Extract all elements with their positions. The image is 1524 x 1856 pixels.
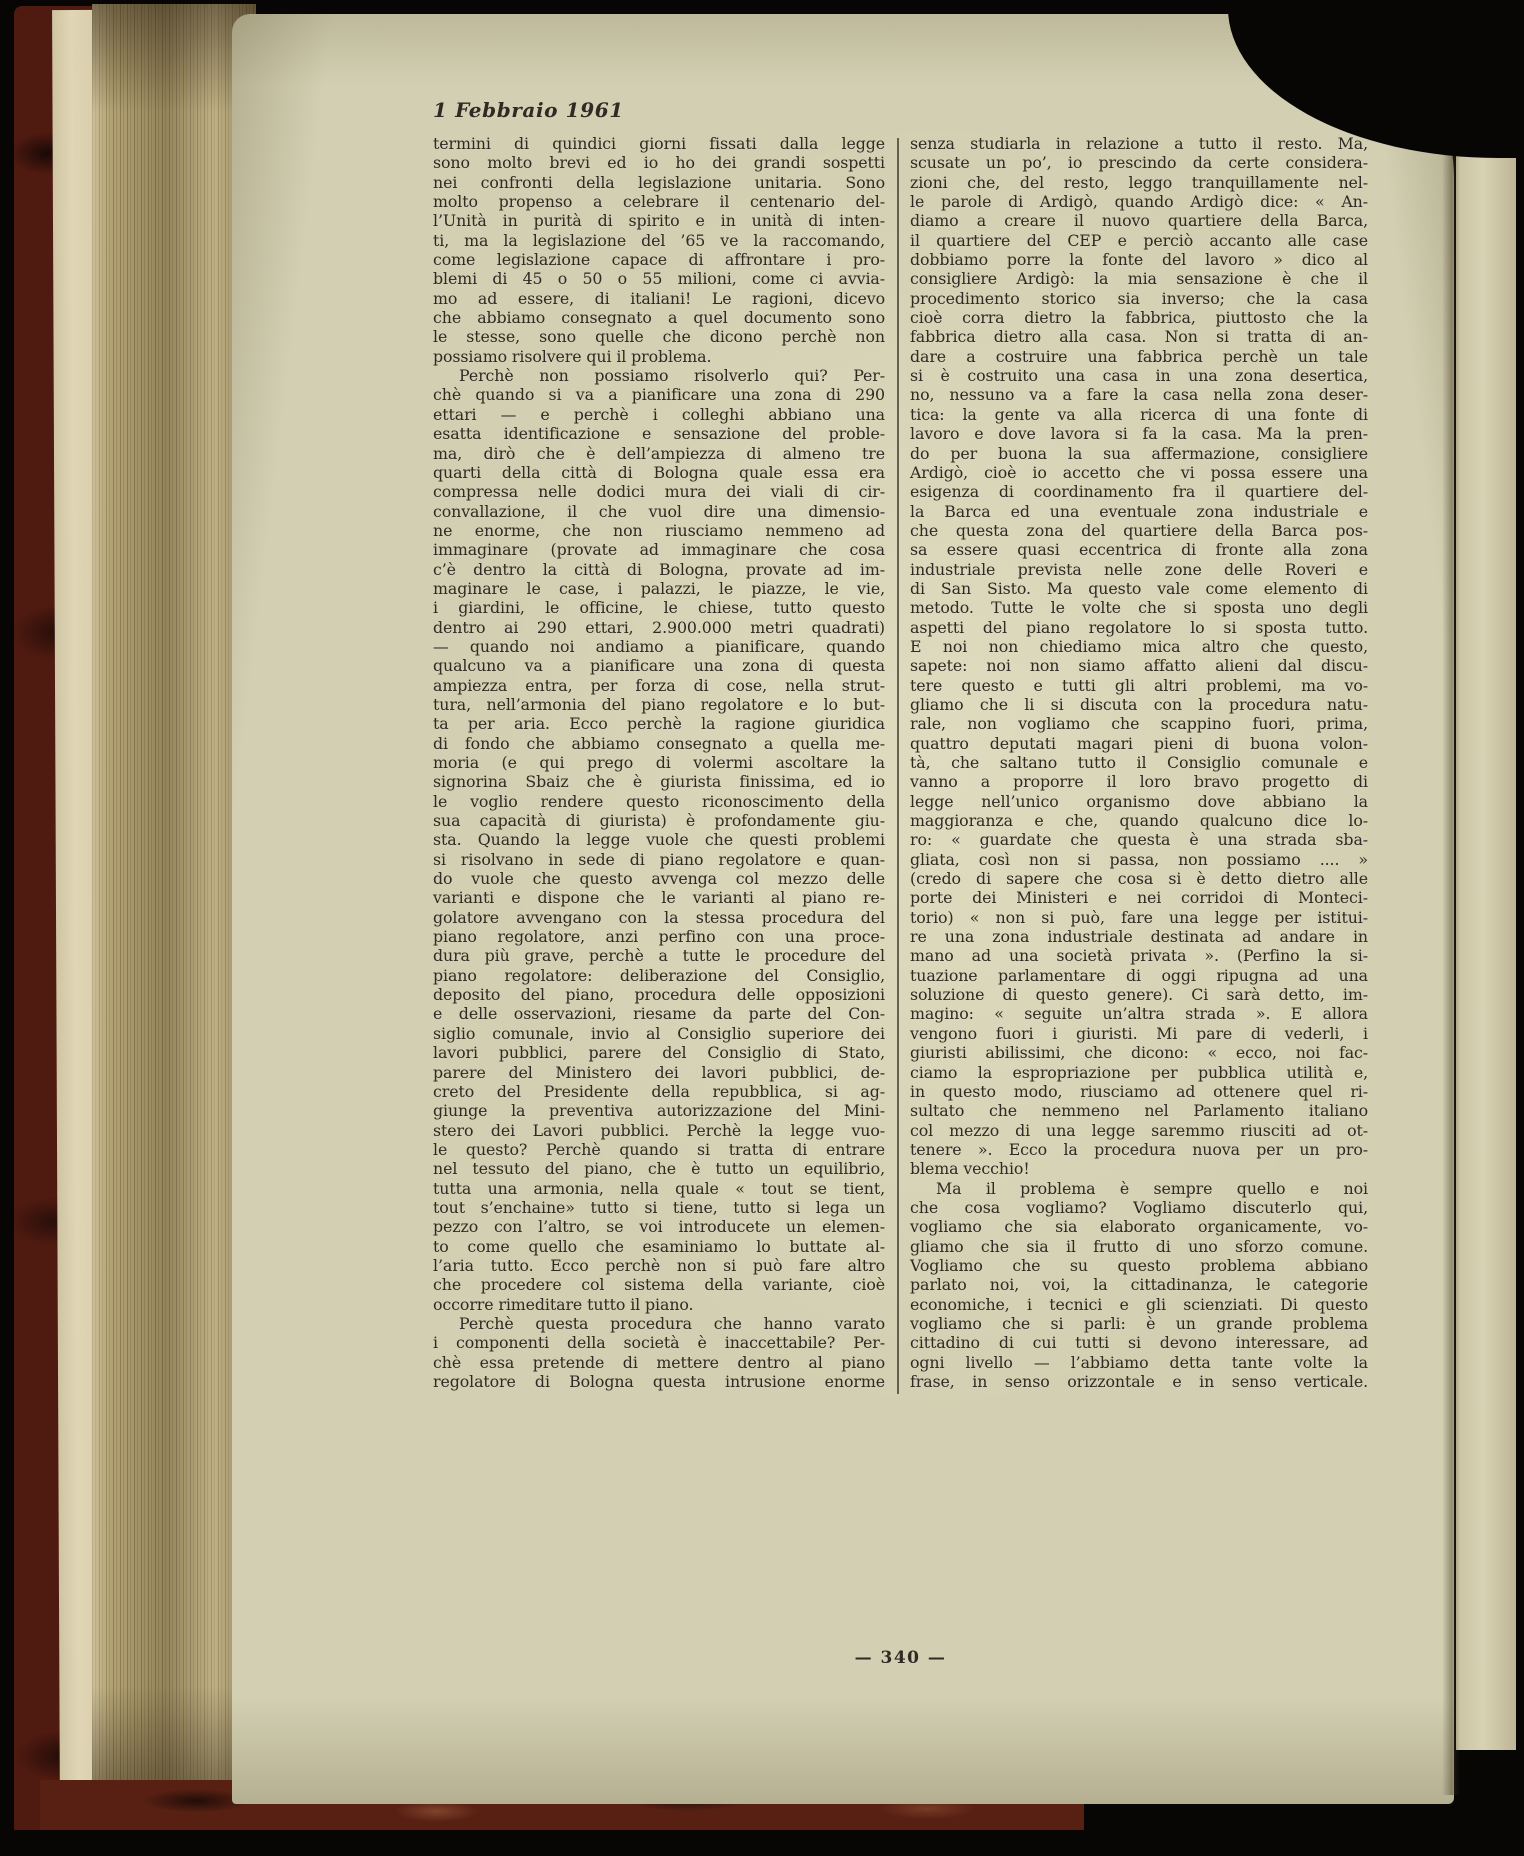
text-line: possiamo risolvere qui il problema. [433, 347, 885, 366]
text-line: le questo? Perchè quando si tratta di en… [433, 1140, 885, 1159]
text-line: metodo. Tutte le volte che si sposta uno… [910, 598, 1368, 617]
text-line: nel tessuto del piano, che è tutto un eq… [433, 1159, 885, 1178]
text-line: vogliamo che sia elaborato organicamente… [910, 1217, 1368, 1236]
text-line: do per buona la sua affermazione, consig… [910, 444, 1368, 463]
text-line: parere del Ministero dei lavori pubblici… [433, 1063, 885, 1082]
text-line: di San Sisto. Ma questo vale come elemen… [910, 579, 1368, 598]
text-line: vogliamo che si parli: è un grande probl… [910, 1314, 1368, 1333]
text-line: golatore avvengano con la stessa procedu… [433, 908, 885, 927]
text-line: ti, ma la legislazione del ’65 ve la rac… [433, 231, 885, 250]
text-line: (credo di sapere che cosa si è detto die… [910, 869, 1368, 888]
text-line: ta per aria. Ecco perchè la ragione giur… [433, 714, 885, 733]
text-line: sapete: noi non siamo affatto alieni dal… [910, 656, 1368, 675]
text-line: tout s’enchaine» tutto si tiene, tutto s… [433, 1198, 885, 1217]
text-line: nei confronti della legislazione unitari… [433, 173, 885, 192]
text-line: compressa nelle dodici mura dei viali di… [433, 482, 885, 501]
text-line: sono molto brevi ed io ho dei grandi sos… [433, 153, 885, 172]
text-line: e delle osservazioni, riesame da parte d… [433, 1004, 885, 1023]
book-photo: 1 Febbraio 1961 termini di quindici gior… [0, 0, 1524, 1856]
text-line: soluzione di questo genere). Ci sarà det… [910, 985, 1368, 1004]
text-column-right: senza studiarla in relazione a tutto il … [910, 134, 1368, 1391]
text-line: dentro ai 290 ettari, 2.900.000 metri qu… [433, 618, 885, 637]
text-line: convallazione, il che vuol dire una dime… [433, 502, 885, 521]
text-line: come legislazione capace di affrontare i… [433, 250, 885, 269]
text-line: ciamo la espropriazione per pubblica uti… [910, 1063, 1368, 1082]
text-line: stero dei Lavori pubblici. Perchè la leg… [433, 1121, 885, 1140]
text-line: tenere ». Ecco la procedura nuova per un… [910, 1140, 1368, 1159]
text-line: Ardigò, cioè io accetto che vi possa ess… [910, 463, 1368, 482]
text-line: le voglio rendere questo riconoscimento … [433, 792, 885, 811]
text-line: l’aria tutto. Ecco perchè non si può far… [433, 1256, 885, 1275]
text-line: tica: la gente va alla ricerca di una fo… [910, 405, 1368, 424]
page-gutter-crease [1442, 30, 1460, 1795]
text-line: di fondo che abbiamo consegnato a quella… [433, 734, 885, 753]
text-line: chè quando si va a pianificare una zona … [433, 385, 885, 404]
text-line: siglio comunale, invio al Consiglio supe… [433, 1024, 885, 1043]
text-line: dobbiamo porre la fonte del lavoro » dic… [910, 250, 1368, 269]
text-line: giunge la preventiva autorizzazione del … [433, 1101, 885, 1120]
text-line: col mezzo di una legge saremmo riusciti … [910, 1121, 1368, 1140]
text-line: — quando noi andiamo a pianificare, quan… [433, 637, 885, 656]
text-line: che cosa vogliamo? Vogliamo discuterlo q… [910, 1198, 1368, 1217]
text-line: esigenza di coordinamento fra il quartie… [910, 482, 1368, 501]
text-line: lavori pubblici, parere del Consiglio di… [433, 1043, 885, 1062]
text-line: i giardini, le officine, le chiese, tutt… [433, 598, 885, 617]
text-line: i componenti della società è inaccettabi… [433, 1333, 885, 1352]
text-line: si è costruito una casa in una zona dese… [910, 366, 1368, 385]
text-line: varianti e dispone che le varianti al pi… [433, 888, 885, 907]
text-line: porte dei Ministeri e nei corridoi di Mo… [910, 888, 1368, 907]
text-line: to come quello che esaminiamo lo buttate… [433, 1237, 885, 1256]
text-line: ma, dirò che è dell’ampiezza di almeno t… [433, 444, 885, 463]
text-line: ampiezza entra, per forza di cose, nella… [433, 676, 885, 695]
text-line: cioè corra dietro la fabbrica, piuttosto… [910, 308, 1368, 327]
text-line: blema vecchio! [910, 1159, 1368, 1178]
text-line: dare a costruire una fabbrica perchè un … [910, 347, 1368, 366]
text-line: l’Unità in purità di spirito e in unità … [433, 211, 885, 230]
text-line: tuazione parlamentare di oggi ripugna ad… [910, 966, 1368, 985]
text-column-left: termini di quindici giorni fissati dalla… [433, 134, 885, 1391]
text-line: pezzo con l’altro, se voi introducete un… [433, 1217, 885, 1236]
text-line: tà, che saltano tutto il Consiglio comun… [910, 753, 1368, 772]
text-line: che abbiamo consegnato a quel documento … [433, 308, 885, 327]
text-line: vengono fuori i giuristi. Mi pare di ved… [910, 1024, 1368, 1043]
text-line: Perchè non possiamo risolverlo qui? Per- [433, 366, 885, 385]
text-line: che questa zona del quartiere della Barc… [910, 521, 1368, 540]
text-line: sultato che nemmeno nel Parlamento itali… [910, 1101, 1368, 1120]
text-line: magino: « seguite un’altra strada ». E a… [910, 1004, 1368, 1023]
text-line: chè essa pretende di mettere dentro al p… [433, 1353, 885, 1372]
text-line: piano regolatore: deliberazione del Cons… [433, 966, 885, 985]
text-line: Vogliamo che su questo problema abbiano [910, 1256, 1368, 1275]
text-line: quattro deputati magari pieni di buona v… [910, 734, 1368, 753]
text-line: la Barca ed una eventuale zona industria… [910, 502, 1368, 521]
text-line: consigliere Ardigò: la mia sensazione è … [910, 269, 1368, 288]
text-line: no, nessuno va a fare la casa nella zona… [910, 385, 1368, 404]
text-line: le parole di Ardigò, quando Ardigò dice:… [910, 192, 1368, 211]
text-line: giuristi abilissimi, che dicono: « ecco,… [910, 1043, 1368, 1062]
text-line: scusate un po’, io prescindo da certe co… [910, 153, 1368, 172]
text-line: ne enorme, che non riusciamo nemmeno ad [433, 521, 885, 540]
text-line: deposito del piano, procedura delle oppo… [433, 985, 885, 1004]
text-line: termini di quindici giorni fissati dalla… [433, 134, 885, 153]
text-line: regolatore di Bologna questa intrusione … [433, 1372, 885, 1391]
text-line: ettari — e perchè i colleghi abbiano una [433, 405, 885, 424]
text-line: ro: « guardate che questa è una strada s… [910, 830, 1368, 849]
text-line: Perchè questa procedura che hanno varato [433, 1314, 885, 1333]
page-number: — 340 — [433, 1648, 1368, 1668]
text-line: procedimento storico sia inverso; che la… [910, 289, 1368, 308]
text-line: moria (e qui prego di volermi ascoltare … [433, 753, 885, 772]
text-line: che procedere col sistema della variante… [433, 1275, 885, 1294]
text-line: gliamo che sia il frutto di uno sforzo c… [910, 1237, 1368, 1256]
book-page: 1 Febbraio 1961 termini di quindici gior… [232, 14, 1454, 1804]
text-line: sua capacità di giurista) è profondament… [433, 811, 885, 830]
text-line: gliata, così non si passa, non possiamo … [910, 850, 1368, 869]
text-line: dura più grave, perchè a tutte le proced… [433, 946, 885, 965]
text-line: tutta una armonia, nella quale « tout se… [433, 1179, 885, 1198]
text-line: si risolvano in sede di piano regolatore… [433, 850, 885, 869]
facing-page-edge [1456, 58, 1516, 1750]
text-line: E noi non chiediamo mica altro che quest… [910, 637, 1368, 656]
text-line: molto propenso a celebrare il centenario… [433, 192, 885, 211]
text-line: c’è dentro la città di Bologna, provate … [433, 560, 885, 579]
text-line: aspetti del piano regolatore lo si spost… [910, 618, 1368, 637]
text-line: piano regolatore, anzi perfino con una p… [433, 927, 885, 946]
text-line: Ma il problema è sempre quello e noi [910, 1179, 1368, 1198]
text-line: esatta identificazione e sensazione del … [433, 424, 885, 443]
text-line: blemi di 45 o 50 o 55 milioni, come ci a… [433, 269, 885, 288]
text-line: frase, in senso orizzontale e in senso v… [910, 1372, 1368, 1391]
text-line: rale, non vogliamo che scappino fuori, p… [910, 714, 1368, 733]
text-line: immaginare (provate ad immaginare che co… [433, 540, 885, 559]
text-line: industriale prevista nelle zone delle Ro… [910, 560, 1368, 579]
text-line: in questo modo, riusciamo ad ottenere qu… [910, 1082, 1368, 1101]
text-line: occorre rimeditare tutto il piano. [433, 1295, 885, 1314]
text-line: re una zona industriale destinata ad and… [910, 927, 1368, 946]
text-line: sta. Quando la legge vuole che questi pr… [433, 830, 885, 849]
text-line: lavoro e dove lavora si fa la casa. Ma l… [910, 424, 1368, 443]
text-line: senza studiarla in relazione a tutto il … [910, 134, 1368, 153]
text-line: vanno a proporre il loro bravo progetto … [910, 772, 1368, 791]
text-line: tere questo e tutti gli altri problemi, … [910, 676, 1368, 695]
text-line: creto del Presidente della repubblica, s… [433, 1082, 885, 1101]
text-line: signorina Sbaiz che è giurista finissima… [433, 772, 885, 791]
text-line: ogni livello — l’abbiamo detta tante vol… [910, 1353, 1368, 1372]
text-line: gliamo che li si discuta con la procedur… [910, 695, 1368, 714]
text-line: tura, nell’armonia del piano regolatore … [433, 695, 885, 714]
text-line: do vuole che questo avvenga col mezzo de… [433, 869, 885, 888]
photo-shadow-bottom [0, 1830, 1524, 1856]
text-line: qualcuno va a pianificare una zona di qu… [433, 656, 885, 675]
text-line: torio) « non si può, fare una legge per … [910, 908, 1368, 927]
text-line: fabbrica dietro alla casa. Non si tratta… [910, 327, 1368, 346]
text-line: le stesse, sono quelle che dicono perchè… [433, 327, 885, 346]
text-line: maginare le case, i palazzi, le piazze, … [433, 579, 885, 598]
column-divider-rule [897, 138, 899, 1394]
text-line: il quartiere del CEP e perciò accanto al… [910, 231, 1368, 250]
text-line: mo ad essere, di italiani! Le ragioni, d… [433, 289, 885, 308]
text-line: maggioranza e che, quando qualcuno dice … [910, 811, 1368, 830]
text-line: cittadino di cui tutti si devono interes… [910, 1333, 1368, 1352]
text-line: economiche, i tecnici e gli scienziati. … [910, 1295, 1368, 1314]
text-line: mano ad una società privata ». (Perfino … [910, 946, 1368, 965]
text-line: quarti della città di Bologna quale essa… [433, 463, 885, 482]
text-line: sa essere quasi eccentrica di fronte all… [910, 540, 1368, 559]
text-line: legge nell’unico organismo dove abbiano … [910, 792, 1368, 811]
text-line: zioni che, del resto, leggo tranquillame… [910, 173, 1368, 192]
page-header-date: 1 Febbraio 1961 [433, 98, 624, 122]
text-line: parlato noi, voi, la cittadinanza, le ca… [910, 1275, 1368, 1294]
text-line: diamo a creare il nuovo quartiere della … [910, 211, 1368, 230]
